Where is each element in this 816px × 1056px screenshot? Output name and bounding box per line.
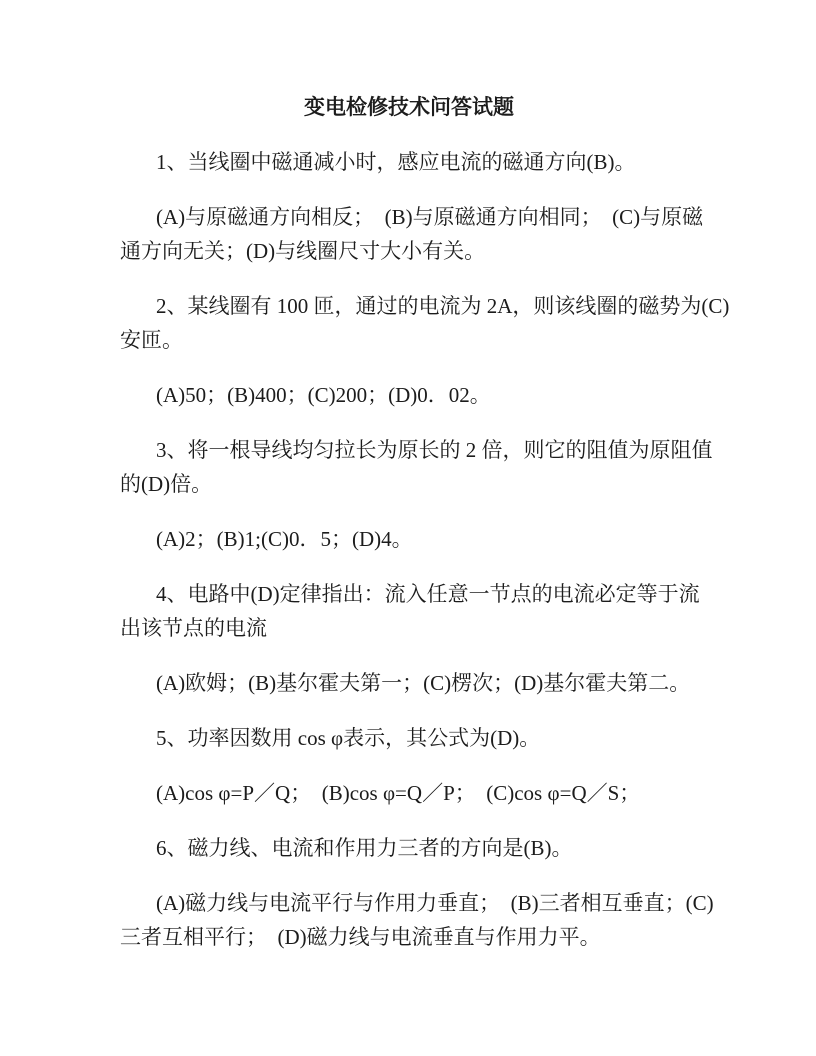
question-5-options: (A)cos φ=P／Q； (B)cos φ=Q／P； (C)cos φ=Q／S… <box>120 776 698 810</box>
question-4-stem: 4、电路中(D)定律指出：流入任意一节点的电流必定等于流出该节点的电流 <box>120 577 698 645</box>
options-line: 三者互相平行； (D)磁力线与电流垂直与作用力平。 <box>120 920 698 954</box>
document-body: 1、当线圈中磁通减小时，感应电流的磁通方向(B)。(A)与原磁通方向相反； (B… <box>120 145 698 954</box>
question-6-stem: 6、磁力线、电流和作用力三者的方向是(B)。 <box>120 831 698 865</box>
document-title: 变电检修技术问答试题 <box>120 90 698 124</box>
stem-line: 出该节点的电流 <box>120 611 698 645</box>
options-line: (A)磁力线与电流平行与作用力垂直； (B)三者相互垂直；(C) <box>120 886 698 920</box>
question-2-stem: 2、某线圈有 100 匝，通过的电流为 2A，则该线圈的磁势为(C)安匝。 <box>120 289 698 357</box>
question-5-stem: 5、功率因数用 cos φ表示，其公式为(D)。 <box>120 721 698 755</box>
question-4-options: (A)欧姆；(B)基尔霍夫第一；(C)楞次；(D)基尔霍夫第二。 <box>120 666 698 700</box>
stem-line: 1、当线圈中磁通减小时，感应电流的磁通方向(B)。 <box>120 145 698 179</box>
stem-line: 3、将一根导线均匀拉长为原长的 2 倍，则它的阻值为原阻值 <box>120 433 698 467</box>
stem-line: 5、功率因数用 cos φ表示，其公式为(D)。 <box>120 721 698 755</box>
options-line: (A)欧姆；(B)基尔霍夫第一；(C)楞次；(D)基尔霍夫第二。 <box>120 666 698 700</box>
document-page: 变电检修技术问答试题 1、当线圈中磁通减小时，感应电流的磁通方向(B)。(A)与… <box>0 0 816 1056</box>
question-6-options: (A)磁力线与电流平行与作用力垂直； (B)三者相互垂直；(C)三者互相平行； … <box>120 886 698 954</box>
question-1-stem: 1、当线圈中磁通减小时，感应电流的磁通方向(B)。 <box>120 145 698 179</box>
stem-line: 的(D)倍。 <box>120 467 698 501</box>
stem-line: 安匝。 <box>120 323 698 357</box>
stem-line: 4、电路中(D)定律指出：流入任意一节点的电流必定等于流 <box>120 577 698 611</box>
question-3-stem: 3、将一根导线均匀拉长为原长的 2 倍，则它的阻值为原阻值的(D)倍。 <box>120 433 698 501</box>
options-line: (A)与原磁通方向相反； (B)与原磁通方向相同； (C)与原磁 <box>120 200 698 234</box>
question-1-options: (A)与原磁通方向相反； (B)与原磁通方向相同； (C)与原磁通方向无关；(D… <box>120 200 698 268</box>
question-2-options: (A)50；(B)400；(C)200；(D)0．02。 <box>120 378 698 412</box>
options-line: (A)cos φ=P／Q； (B)cos φ=Q／P； (C)cos φ=Q／S… <box>120 776 698 810</box>
stem-line: 2、某线圈有 100 匝，通过的电流为 2A，则该线圈的磁势为(C) <box>120 289 698 323</box>
question-3-options: (A)2；(B)1;(C)0．5；(D)4。 <box>120 522 698 556</box>
options-line: 通方向无关；(D)与线圈尺寸大小有关。 <box>120 234 698 268</box>
stem-line: 6、磁力线、电流和作用力三者的方向是(B)。 <box>120 831 698 865</box>
options-line: (A)50；(B)400；(C)200；(D)0．02。 <box>120 378 698 412</box>
options-line: (A)2；(B)1;(C)0．5；(D)4。 <box>120 522 698 556</box>
